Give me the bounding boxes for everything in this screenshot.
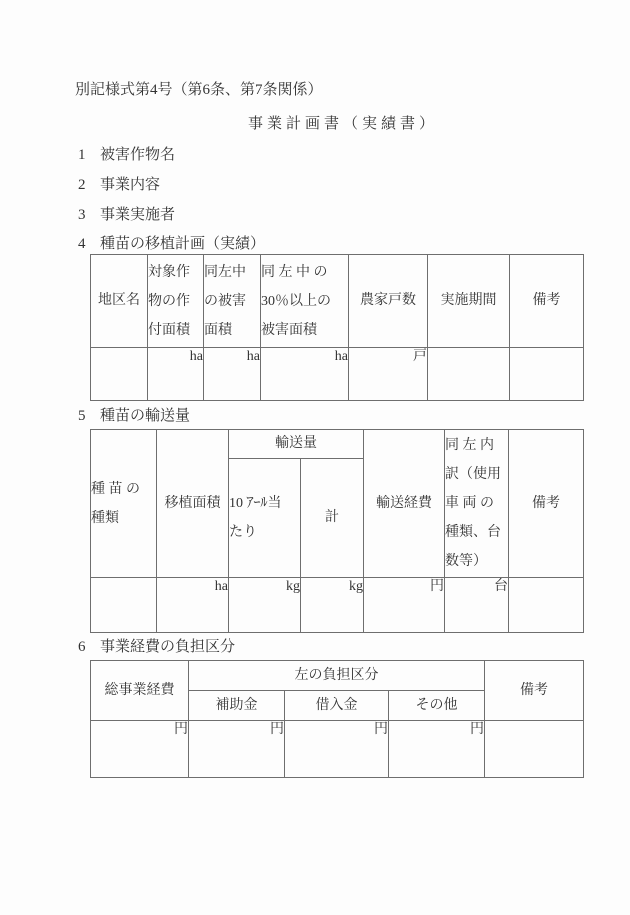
cell-total-cost-unit: 円: [91, 721, 189, 778]
col-subsidy: 補助金: [189, 691, 285, 721]
col-per-10-are: 10 ｱｰﾙ当 たり: [229, 459, 301, 578]
transplant-data-row: ha ha ha 戸: [91, 348, 584, 401]
section-number: 4: [78, 236, 100, 253]
section-number: 1: [78, 147, 100, 164]
col-seed-type: 種 苗 の 種類: [91, 430, 157, 578]
cell-period-value: [428, 348, 510, 401]
cell-planted-area-unit: ha: [148, 348, 204, 401]
col-remarks: 備考: [509, 430, 584, 578]
col-volume-total: 計: [301, 459, 364, 578]
cell-transplant-area-unit: ha: [157, 578, 229, 633]
cell-district-value: [91, 348, 148, 401]
cell-volume-total-unit: kg: [301, 578, 364, 633]
cell-transport-cost-unit: 円: [364, 578, 445, 633]
col-other: その他: [389, 691, 485, 721]
section-number: 6: [78, 639, 100, 656]
cell-damaged-over-30-unit: ha: [261, 348, 349, 401]
cell-seed-type-value: [91, 578, 157, 633]
section-number: 5: [78, 408, 100, 425]
col-total-project-cost: 総事業経費: [91, 661, 189, 721]
cell-loan-unit: 円: [285, 721, 389, 778]
col-burden-group: 左の負担区分: [189, 661, 485, 691]
col-vehicle-breakdown: 同 左 内 訳（使用 車 両 の 種類、台 数等）: [445, 430, 509, 578]
cell-per-10-are-unit: kg: [229, 578, 301, 633]
cost-data-row: 円 円 円 円: [91, 721, 584, 778]
section-label: 種苗の移植計画（実績）: [100, 236, 265, 253]
transport-data-row: ha kg kg 円 台: [91, 578, 584, 633]
cell-farm-households-unit: 戸: [349, 348, 428, 401]
section-label: 事業実施者: [100, 207, 175, 224]
section-number: 3: [78, 207, 100, 224]
section-label: 事業内容: [100, 177, 160, 194]
transport-header-row-1: 種 苗 の 種類 移植面積 輸送量 輸送経費 同 左 内 訳（使用 車 両 の …: [91, 430, 584, 459]
cell-damaged-area-unit: ha: [204, 348, 261, 401]
section-1-damaged-crop: 1 被害作物名: [78, 147, 175, 164]
section-3-implementer: 3 事業実施者: [78, 207, 175, 224]
col-planted-area: 対象作 物の作 付面積: [148, 255, 204, 348]
col-volume-group: 輸送量: [229, 430, 364, 459]
section-4-transplant-plan: 4 種苗の移植計画（実績）: [78, 236, 265, 253]
section-label: 被害作物名: [100, 147, 175, 164]
col-period: 実施期間: [428, 255, 510, 348]
col-remarks: 備考: [485, 661, 584, 721]
col-transplant-area: 移植面積: [157, 430, 229, 578]
section-6-cost-burden: 6 事業経費の負担区分: [78, 639, 235, 656]
col-damaged-over-30: 同 左 中 の 30％以上の 被害面積: [261, 255, 349, 348]
section-label: 事業経費の負担区分: [100, 639, 235, 656]
section-label: 種苗の輸送量: [100, 408, 190, 425]
section-2-business-content: 2 事業内容: [78, 177, 160, 194]
document-page: 別記様式第4号（第6条、第7条関係） 事業計画書（実績書） 1 被害作物名 2 …: [0, 0, 630, 915]
col-transport-cost: 輸送経費: [364, 430, 445, 578]
cell-remarks-value: [510, 348, 584, 401]
cell-other-unit: 円: [389, 721, 485, 778]
document-title: 事業計画書（実績書）: [248, 116, 438, 133]
col-remarks: 備考: [510, 255, 584, 348]
cell-remarks-value: [509, 578, 584, 633]
cell-subsidy-unit: 円: [189, 721, 285, 778]
col-damaged-area: 同左中 の被害 面積: [204, 255, 261, 348]
cell-remarks-value: [485, 721, 584, 778]
transport-volume-table: 種 苗 の 種類 移植面積 輸送量 輸送経費 同 左 内 訳（使用 車 両 の …: [90, 429, 584, 633]
section-number: 2: [78, 177, 100, 194]
cost-burden-table: 総事業経費 左の負担区分 備考 補助金 借入金 その他 円 円 円 円: [90, 660, 584, 778]
transplant-plan-table: 地区名 対象作 物の作 付面積 同左中 の被害 面積 同 左 中 の 30％以上…: [90, 254, 584, 401]
cell-vehicle-count-unit: 台: [445, 578, 509, 633]
form-number-heading: 別記様式第4号（第6条、第7条関係）: [75, 82, 323, 99]
section-5-transport-volume: 5 種苗の輸送量: [78, 408, 190, 425]
cost-header-row-1: 総事業経費 左の負担区分 備考: [91, 661, 584, 691]
transplant-header-row: 地区名 対象作 物の作 付面積 同左中 の被害 面積 同 左 中 の 30％以上…: [91, 255, 584, 348]
col-farm-households: 農家戸数: [349, 255, 428, 348]
col-district: 地区名: [91, 255, 148, 348]
col-loan: 借入金: [285, 691, 389, 721]
